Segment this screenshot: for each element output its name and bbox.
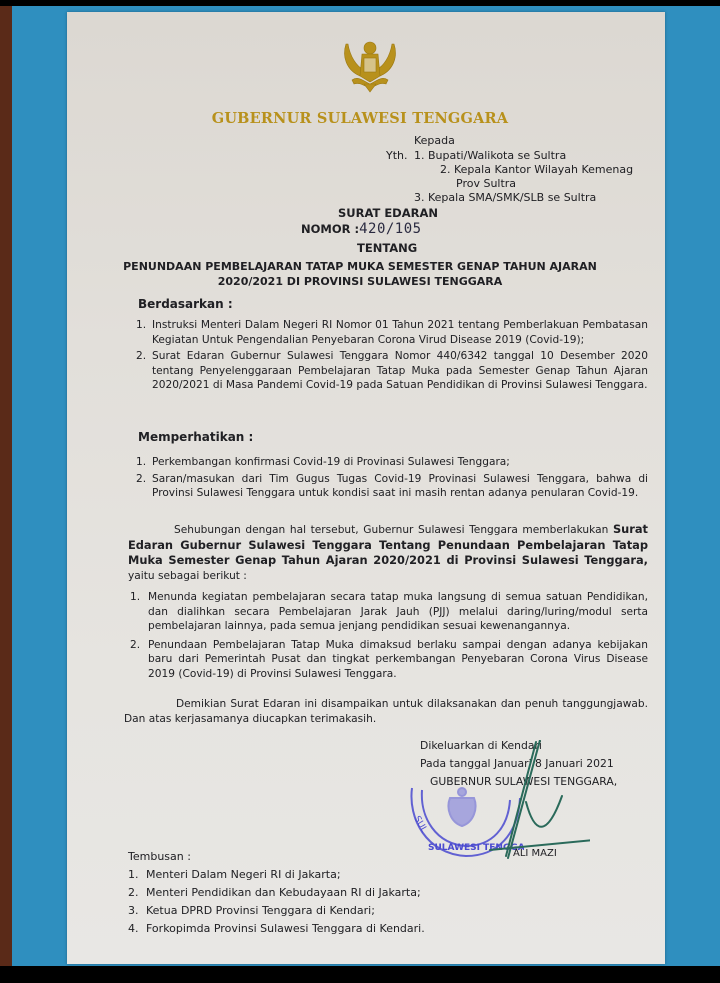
recipient-item: Prov Sultra — [414, 177, 633, 191]
body-intro-paragraph: Sehubungan dengan hal tersebut, Gubernur… — [128, 522, 648, 583]
subject-line-2: 2020/2021 DI PROVINSI SULAWESI TENGGARA — [0, 274, 720, 289]
carbon-copy-heading: Tembusan : — [128, 850, 191, 863]
carbon-copy-item: 2.Menteri Pendidikan dan Kebudayaan RI d… — [128, 884, 425, 902]
garuda-emblem-icon — [338, 36, 402, 94]
carbon-copy-item: 1.Menteri Dalam Negeri RI di Jakarta; — [128, 866, 425, 884]
photo-bottom-border — [0, 966, 720, 983]
recipients-intro: Kepada — [414, 134, 455, 148]
noting-heading: Memperhatikan : — [138, 430, 253, 444]
carbon-copy-list: 1.Menteri Dalam Negeri RI di Jakarta; 2.… — [128, 866, 425, 938]
considering-list: 1.Instruksi Menteri Dalam Negeri RI Nomo… — [136, 318, 648, 395]
recipient-item: 3. Kepala SMA/SMK/SLB se Sultra — [414, 191, 633, 205]
number-label: NOMOR : — [301, 222, 359, 236]
closing-paragraph: Demikian Surat Edaran ini disampaikan un… — [124, 697, 648, 726]
number-value-handwritten: 420/105 — [359, 221, 422, 237]
signatory-name: ALI MAZI — [513, 846, 557, 862]
considering-item: 1.Instruksi Menteri Dalam Negeri RI Nomo… — [136, 318, 648, 347]
considering-heading: Berdasarkan : — [138, 297, 233, 311]
letter-number: NOMOR :420/105 — [301, 221, 422, 237]
about-label: TENTANG — [357, 241, 417, 255]
subject-line-1: PENUNDAAN PEMBELAJARAN TATAP MUKA SEMEST… — [0, 259, 720, 274]
carbon-copy-item: 4.Forkopimda Provinsi Sulawesi Tenggara … — [128, 920, 425, 938]
considering-item: 2.Surat Edaran Gubernur Sulawesi Tenggar… — [136, 349, 648, 393]
body-item: 2.Penundaan Pembelajaran Tatap Muka dima… — [130, 638, 648, 682]
body-item: 1.Menunda kegiatan pembelajaran secara t… — [130, 590, 648, 634]
carbon-copy-item: 3.Ketua DPRD Provinsi Tenggara di Kendar… — [128, 902, 425, 920]
recipients-prefix: Yth. — [386, 149, 408, 163]
noting-item: 2.Saran/masukan dari Tim Gugus Tugas Cov… — [136, 472, 648, 501]
letterhead-title: GUBERNUR SULAWESI TENGGARA — [0, 110, 720, 127]
recipient-item: 1. Bupati/Walikota se Sultra — [414, 149, 633, 163]
handwritten-signature-icon — [430, 740, 590, 860]
body-list: 1.Menunda kegiatan pembelajaran secara t… — [130, 590, 648, 683]
recipient-item: 2. Kepala Kantor Wilayah Kemenag — [414, 163, 633, 177]
recipients-list: 1. Bupati/Walikota se Sultra 2. Kepala K… — [414, 149, 633, 205]
noting-list: 1.Perkembangan konfirmasi Covid-19 di Pr… — [136, 455, 648, 503]
letter-type: SURAT EDARAN — [338, 206, 438, 220]
background-wood-edge — [0, 6, 12, 966]
noting-item: 1.Perkembangan konfirmasi Covid-19 di Pr… — [136, 455, 648, 470]
